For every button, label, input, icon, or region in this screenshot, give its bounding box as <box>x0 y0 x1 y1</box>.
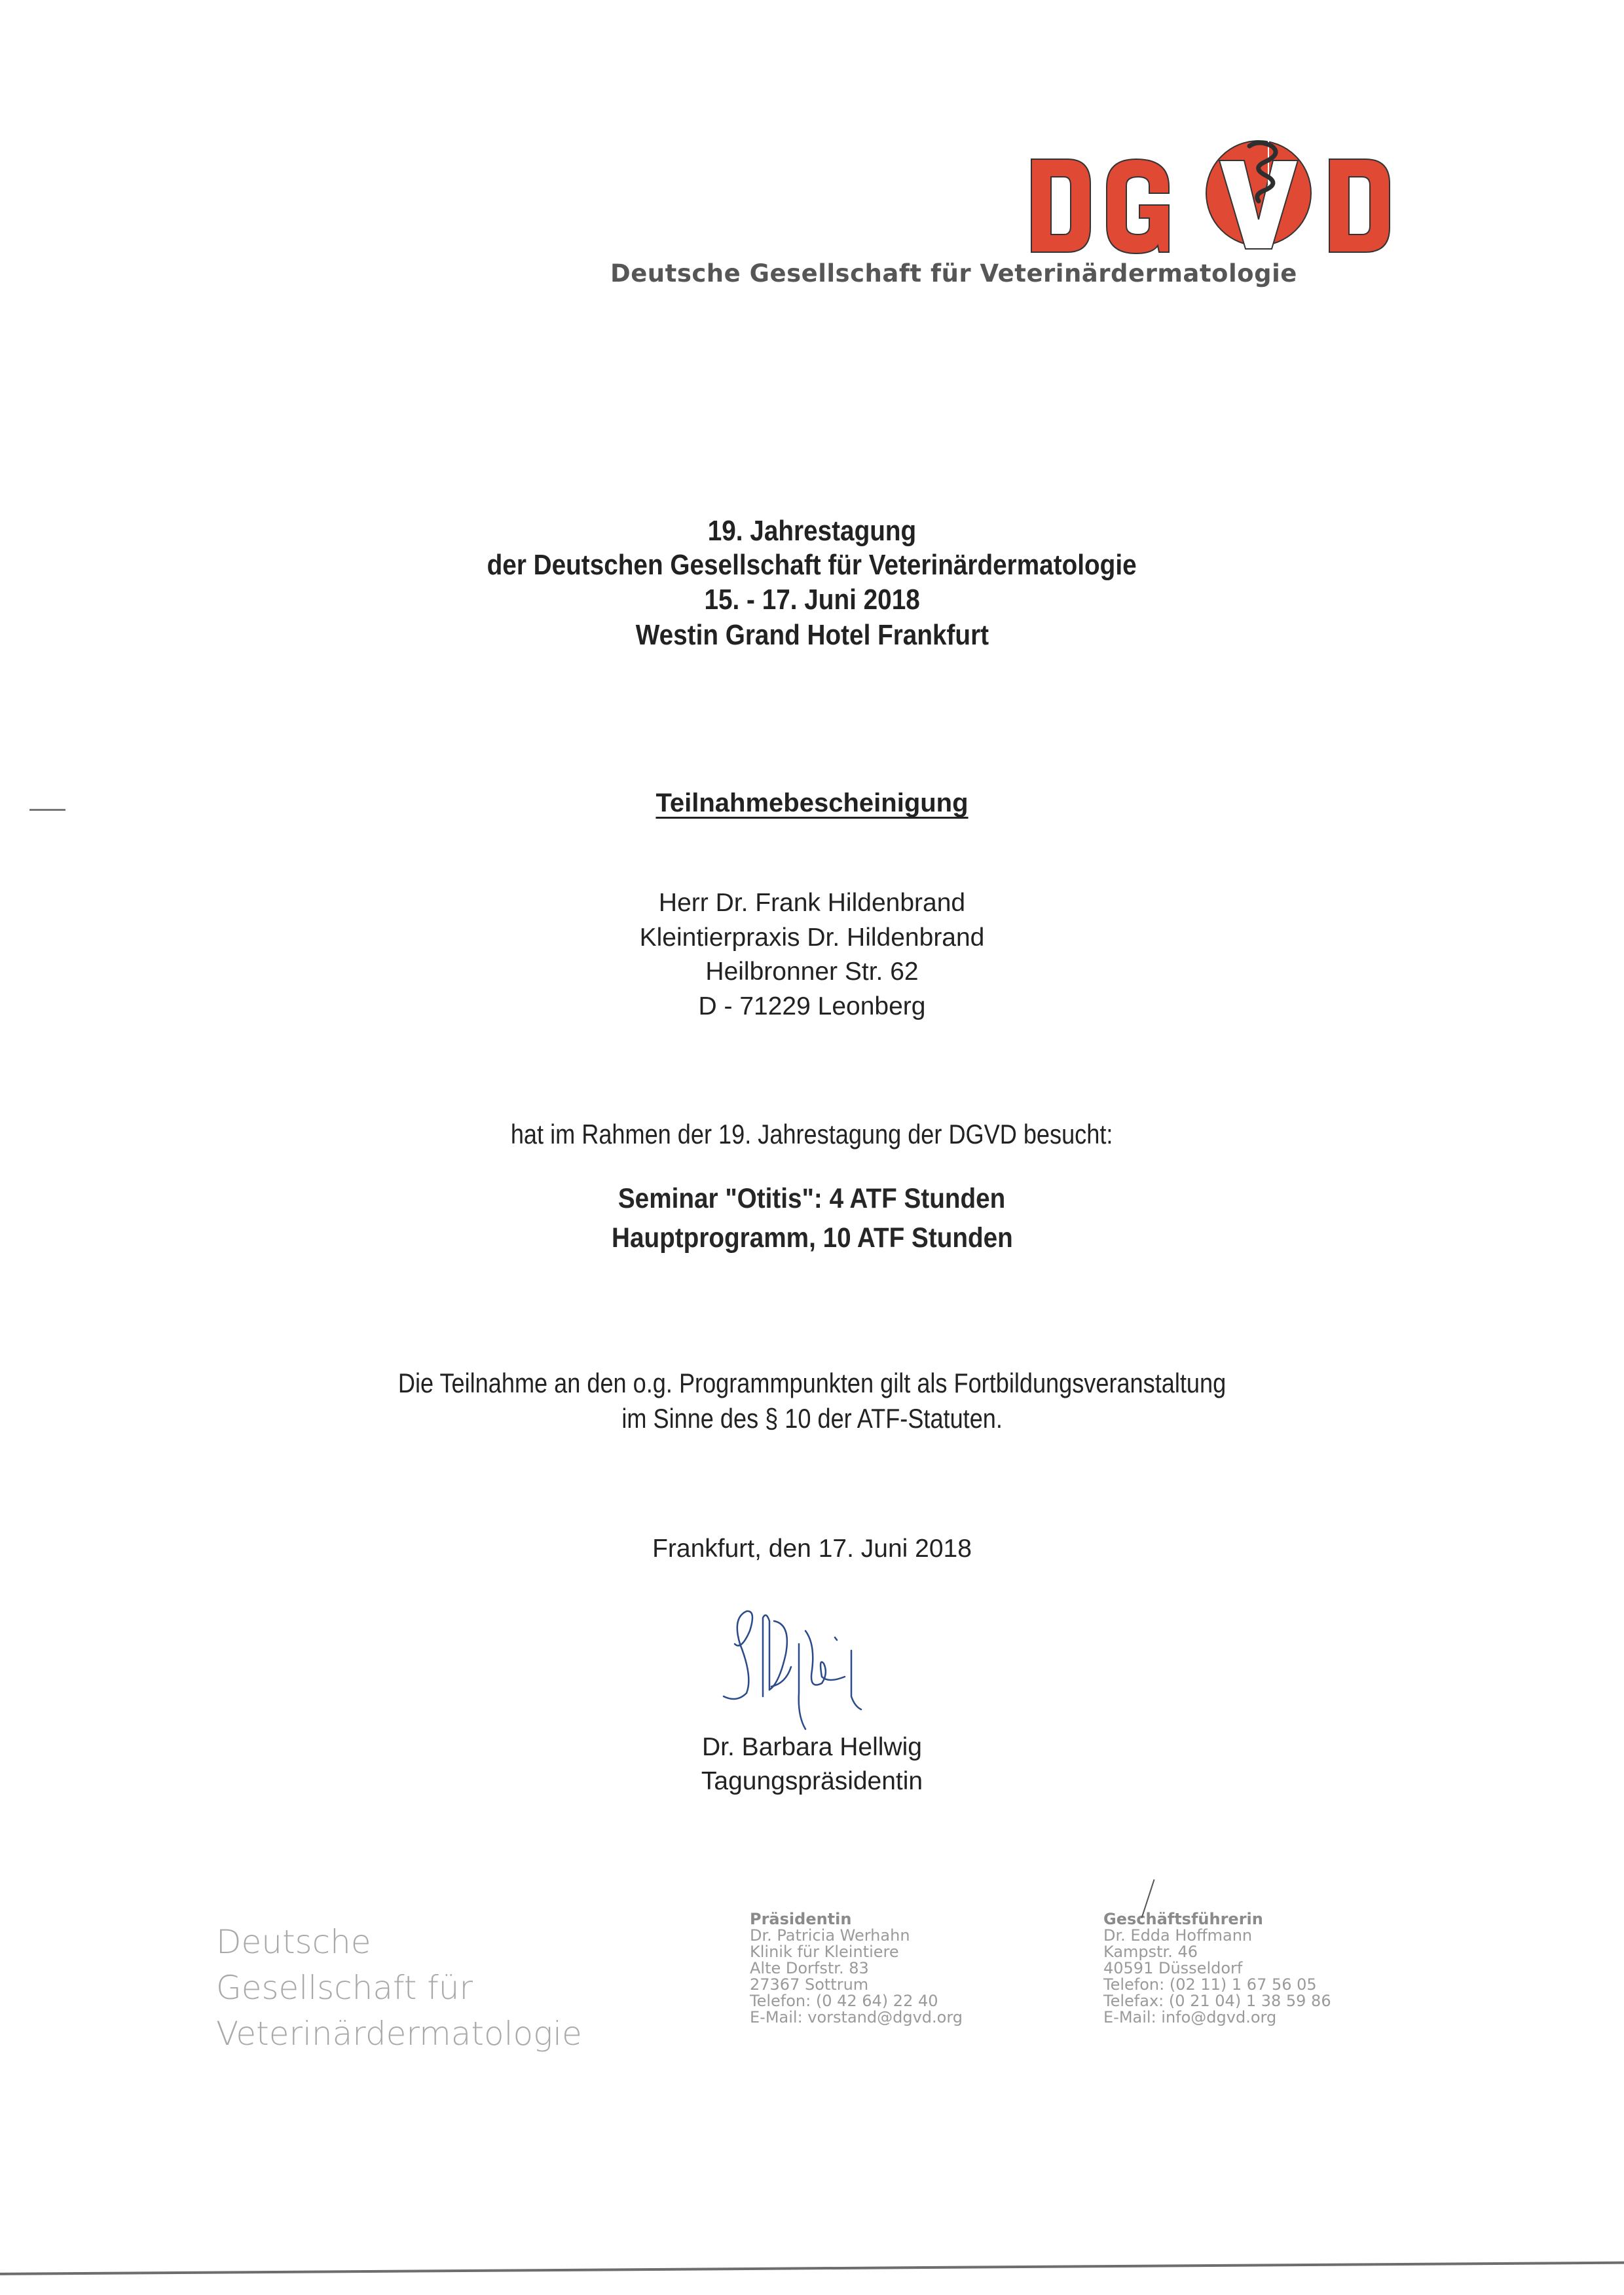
footer-managing-director: Geschäftsführerin Dr. Edda Hoffmann Kamp… <box>1103 1911 1331 2026</box>
logo-letters <box>1031 141 1390 253</box>
recipient-city: D - 71229 Leonberg <box>0 992 1624 1021</box>
event-organizer: der Deutschen Gesellschaft für Veterinär… <box>0 549 1624 582</box>
footer-managing-director-heading: Geschäftsführerin <box>1103 1911 1331 1928</box>
recipient-practice: Kleintierpraxis Dr. Hildenbrand <box>0 924 1624 952</box>
signature <box>714 1605 884 1749</box>
event-dates: 15. - 17. Juni 2018 <box>0 584 1624 616</box>
certificate-title-row: Teilnahmebescheinigung <box>0 789 1624 818</box>
attended-item: Seminar "Otitis": 4 ATF Stunden <box>0 1183 1624 1215</box>
org-tagline: Deutsche Gesellschaft für Veterinärderma… <box>610 259 1297 288</box>
attended-item: Hauptprogramm, 10 ATF Stunden <box>0 1222 1624 1254</box>
event-venue: Westin Grand Hotel Frankfurt <box>0 619 1624 652</box>
recipient-name: Herr Dr. Frank Hildenbrand <box>0 889 1624 918</box>
signer-name: Dr. Barbara Hellwig <box>0 1733 1624 1762</box>
president-email: E-Mail: vorstand@dgvd.org <box>750 2009 963 2026</box>
scan-edge-line <box>0 2262 1624 2275</box>
statement-line-1: Die Teilnahme an den o.g. Programmpunkte… <box>0 1368 1624 1399</box>
certificate-title: Teilnahmebescheinigung <box>655 789 968 817</box>
dgvd-logo <box>1028 121 1408 262</box>
fold-mark <box>29 809 65 811</box>
place-date: Frankfurt, den 17. Juni 2018 <box>0 1535 1624 1563</box>
attendance-intro: hat im Rahmen der 19. Jahrestagung der D… <box>0 1119 1624 1150</box>
statement-line-2: im Sinne des § 10 der ATF-Statuten. <box>0 1403 1624 1434</box>
event-title: 19. Jahrestagung <box>0 515 1624 548</box>
footer-president: Präsidentin Dr. Patricia Werhahn Klinik … <box>750 1911 963 2026</box>
signer-role: Tagungspräsidentin <box>0 1767 1624 1796</box>
footer-president-heading: Präsidentin <box>750 1911 963 1928</box>
recipient-street: Heilbronner Str. 62 <box>0 958 1624 986</box>
footer-brand: Deutsche Gesellschaft für Veterinärderma… <box>216 1919 582 2057</box>
managing-director-email: E-Mail: info@dgvd.org <box>1103 2009 1331 2026</box>
